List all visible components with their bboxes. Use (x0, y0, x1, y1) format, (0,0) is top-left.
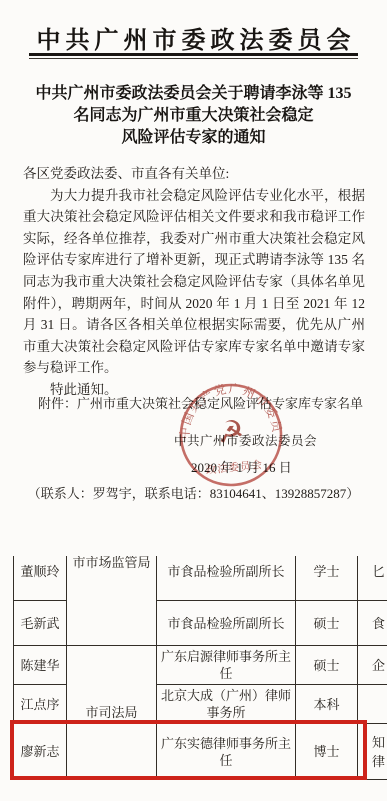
title-line-3: 风险评估专家的通知 (0, 127, 387, 149)
expert-name: 毛新武 (14, 601, 67, 646)
table-row: 董顺玲 市市场监管局 市食品检验所副所长 学士 匕 (14, 556, 387, 601)
attachment-line: 附件：广州市重大决策社会稳定风险评估专家库专家名单 (38, 393, 363, 412)
salutation: 各区党委政法委、市直各有关单位: (23, 163, 365, 185)
expert-name: 董顺玲 (14, 556, 67, 601)
letterhead: 中共广州市委政法委员会 (0, 20, 387, 55)
expert-field-fragment: 食 (358, 601, 387, 646)
expert-position: 市食品检验所副所长 (157, 556, 296, 601)
document-body: 各区党委政法委、市直各有关单位: 为大力提升我市社会稳定风险评估专业化水平，根据… (23, 163, 365, 401)
expert-position: 市食品检验所副所长 (157, 601, 296, 646)
contact-line: （联系人：罗驾宇，联系电话：83104641、13928857287） (0, 483, 387, 502)
issuer-name: 中共广州市委政法委员会 (174, 431, 317, 449)
expert-position: 广东实德律师事务所主任 (157, 724, 296, 780)
experts-table-section: 董顺玲 市市场监管局 市食品检验所副所长 学士 匕 毛新武 市食品检验所副所长 … (0, 556, 387, 782)
expert-degree: 硕士 (296, 646, 358, 685)
expert-field-fragment: 匕 (358, 556, 387, 601)
title-line-1: 中共广州市委政法委员会关于聘请李泳等 135 (0, 83, 387, 105)
expert-unit: 市市场监管局 (67, 556, 157, 646)
expert-degree: 硕士 (296, 601, 358, 646)
table-row: 陈建华 市司法局 广东启源律师事务所主任 硕士 企 (14, 646, 387, 685)
expert-field-fragment (358, 685, 387, 724)
letterhead-rule (29, 53, 358, 59)
expert-name: 陈建华 (14, 646, 67, 685)
expert-field-fragment: 企 (358, 646, 387, 685)
document-title: 中共广州市委政法委员会关于聘请李泳等 135 名同志为广州市重大决策社会稳定 风… (0, 83, 387, 149)
experts-table: 董顺玲 市市场监管局 市食品检验所副所长 学士 匕 毛新武 市食品检验所副所长 … (13, 556, 387, 780)
expert-field-fragment: 知 律 (358, 724, 387, 780)
issue-date: 2020 年 1 月 16 日 (191, 457, 292, 476)
expert-position: 北京大成（广州）律师事务所 (157, 685, 296, 724)
body-paragraph: 为大力提升我市社会稳定风险评估专业化水平，根据重大决策社会稳定风险评估相关文件要… (23, 185, 365, 379)
title-line-2: 名同志为广州市重大决策社会稳定 (0, 105, 387, 127)
expert-position: 广东启源律师事务所主任 (157, 646, 296, 685)
expert-unit: 市司法局 (67, 646, 157, 780)
expert-name: 廖新志 (14, 724, 67, 780)
expert-degree: 学士 (296, 556, 358, 601)
expert-degree: 博士 (296, 724, 358, 780)
expert-name: 江点序 (14, 685, 67, 724)
expert-degree: 本科 (296, 685, 358, 724)
